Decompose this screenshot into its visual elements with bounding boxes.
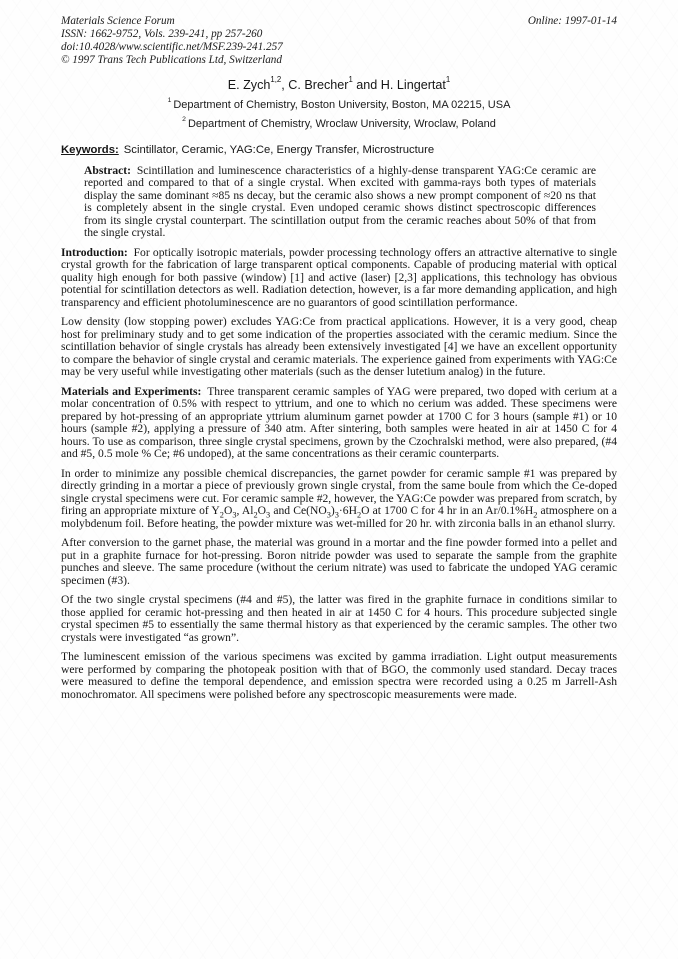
authors-line: E. Zych1,2, C. Brecher1 and H. Lingertat… <box>0 78 678 92</box>
affiliation-marker: 1 <box>168 97 172 104</box>
author-name: and H. Lingertat <box>353 78 446 92</box>
paragraph: Of the two single crystal specimens (#4 … <box>61 594 617 644</box>
subscript: 3 <box>266 510 270 519</box>
subscript: 3 <box>232 510 236 519</box>
issn-line: ISSN: 1662-9752, Vols. 239-241, pp 257-2… <box>61 28 283 41</box>
paragraph: Low density (low stopping power) exclude… <box>61 316 617 379</box>
page-header: Materials Science Forum ISSN: 1662-9752,… <box>61 15 617 67</box>
paragraph-abstract: Abstract: Scintillation and luminescence… <box>84 165 596 240</box>
subscript: 2 <box>254 510 258 519</box>
paragraph-materials-and-experiments: Materials and Experiments: Three transpa… <box>61 386 617 461</box>
article-body: Abstract: Scintillation and luminescence… <box>61 165 617 702</box>
paragraph-introduction: Introduction: For optically isotropic ma… <box>61 247 617 310</box>
affiliation-marker: 2 <box>182 116 186 123</box>
author-name: E. Zych <box>228 78 271 92</box>
paragraph: After conversion to the garnet phase, th… <box>61 537 617 587</box>
author-affiliation-marker: 1 <box>348 75 352 84</box>
section-heading: Abstract: <box>84 164 131 177</box>
keywords-label: Keywords: <box>61 144 119 156</box>
author-affiliation-marker: 1 <box>446 75 450 84</box>
subscript: 3 <box>335 510 339 519</box>
affiliation-line: 1Department of Chemistry, Boston Univers… <box>0 99 678 111</box>
online-date: Online: 1997-01-14 <box>528 15 617 28</box>
author-affiliation-marker: 1,2 <box>270 75 281 84</box>
subscript: 3 <box>327 510 331 519</box>
journal-meta: Materials Science Forum ISSN: 1662-9752,… <box>61 15 283 67</box>
section-heading: Introduction: <box>61 246 128 259</box>
paragraph: The luminescent emission of the various … <box>61 651 617 701</box>
document-page: Materials Science Forum ISSN: 1662-9752,… <box>0 0 678 959</box>
affiliations: 1Department of Chemistry, Boston Univers… <box>0 99 678 130</box>
doi-line: doi:10.4028/www.scientific.net/MSF.239-2… <box>61 41 283 54</box>
author-name: , C. Brecher <box>281 78 348 92</box>
subscript: 2 <box>357 510 361 519</box>
subscript: 2 <box>533 510 537 519</box>
journal-title: Materials Science Forum <box>61 15 283 28</box>
subscript: 2 <box>220 510 224 519</box>
keywords-text: Scintillator, Ceramic, YAG:Ce, Energy Tr… <box>124 144 434 156</box>
affiliation-line: 2Department of Chemistry, Wroclaw Univer… <box>0 118 678 130</box>
copyright-line: © 1997 Trans Tech Publications Ltd, Swit… <box>61 54 283 67</box>
keywords-line: Keywords:Scintillator, Ceramic, YAG:Ce, … <box>61 144 617 156</box>
paragraph: In order to minimize any possible chemic… <box>61 468 617 531</box>
section-heading: Materials and Experiments: <box>61 385 201 398</box>
